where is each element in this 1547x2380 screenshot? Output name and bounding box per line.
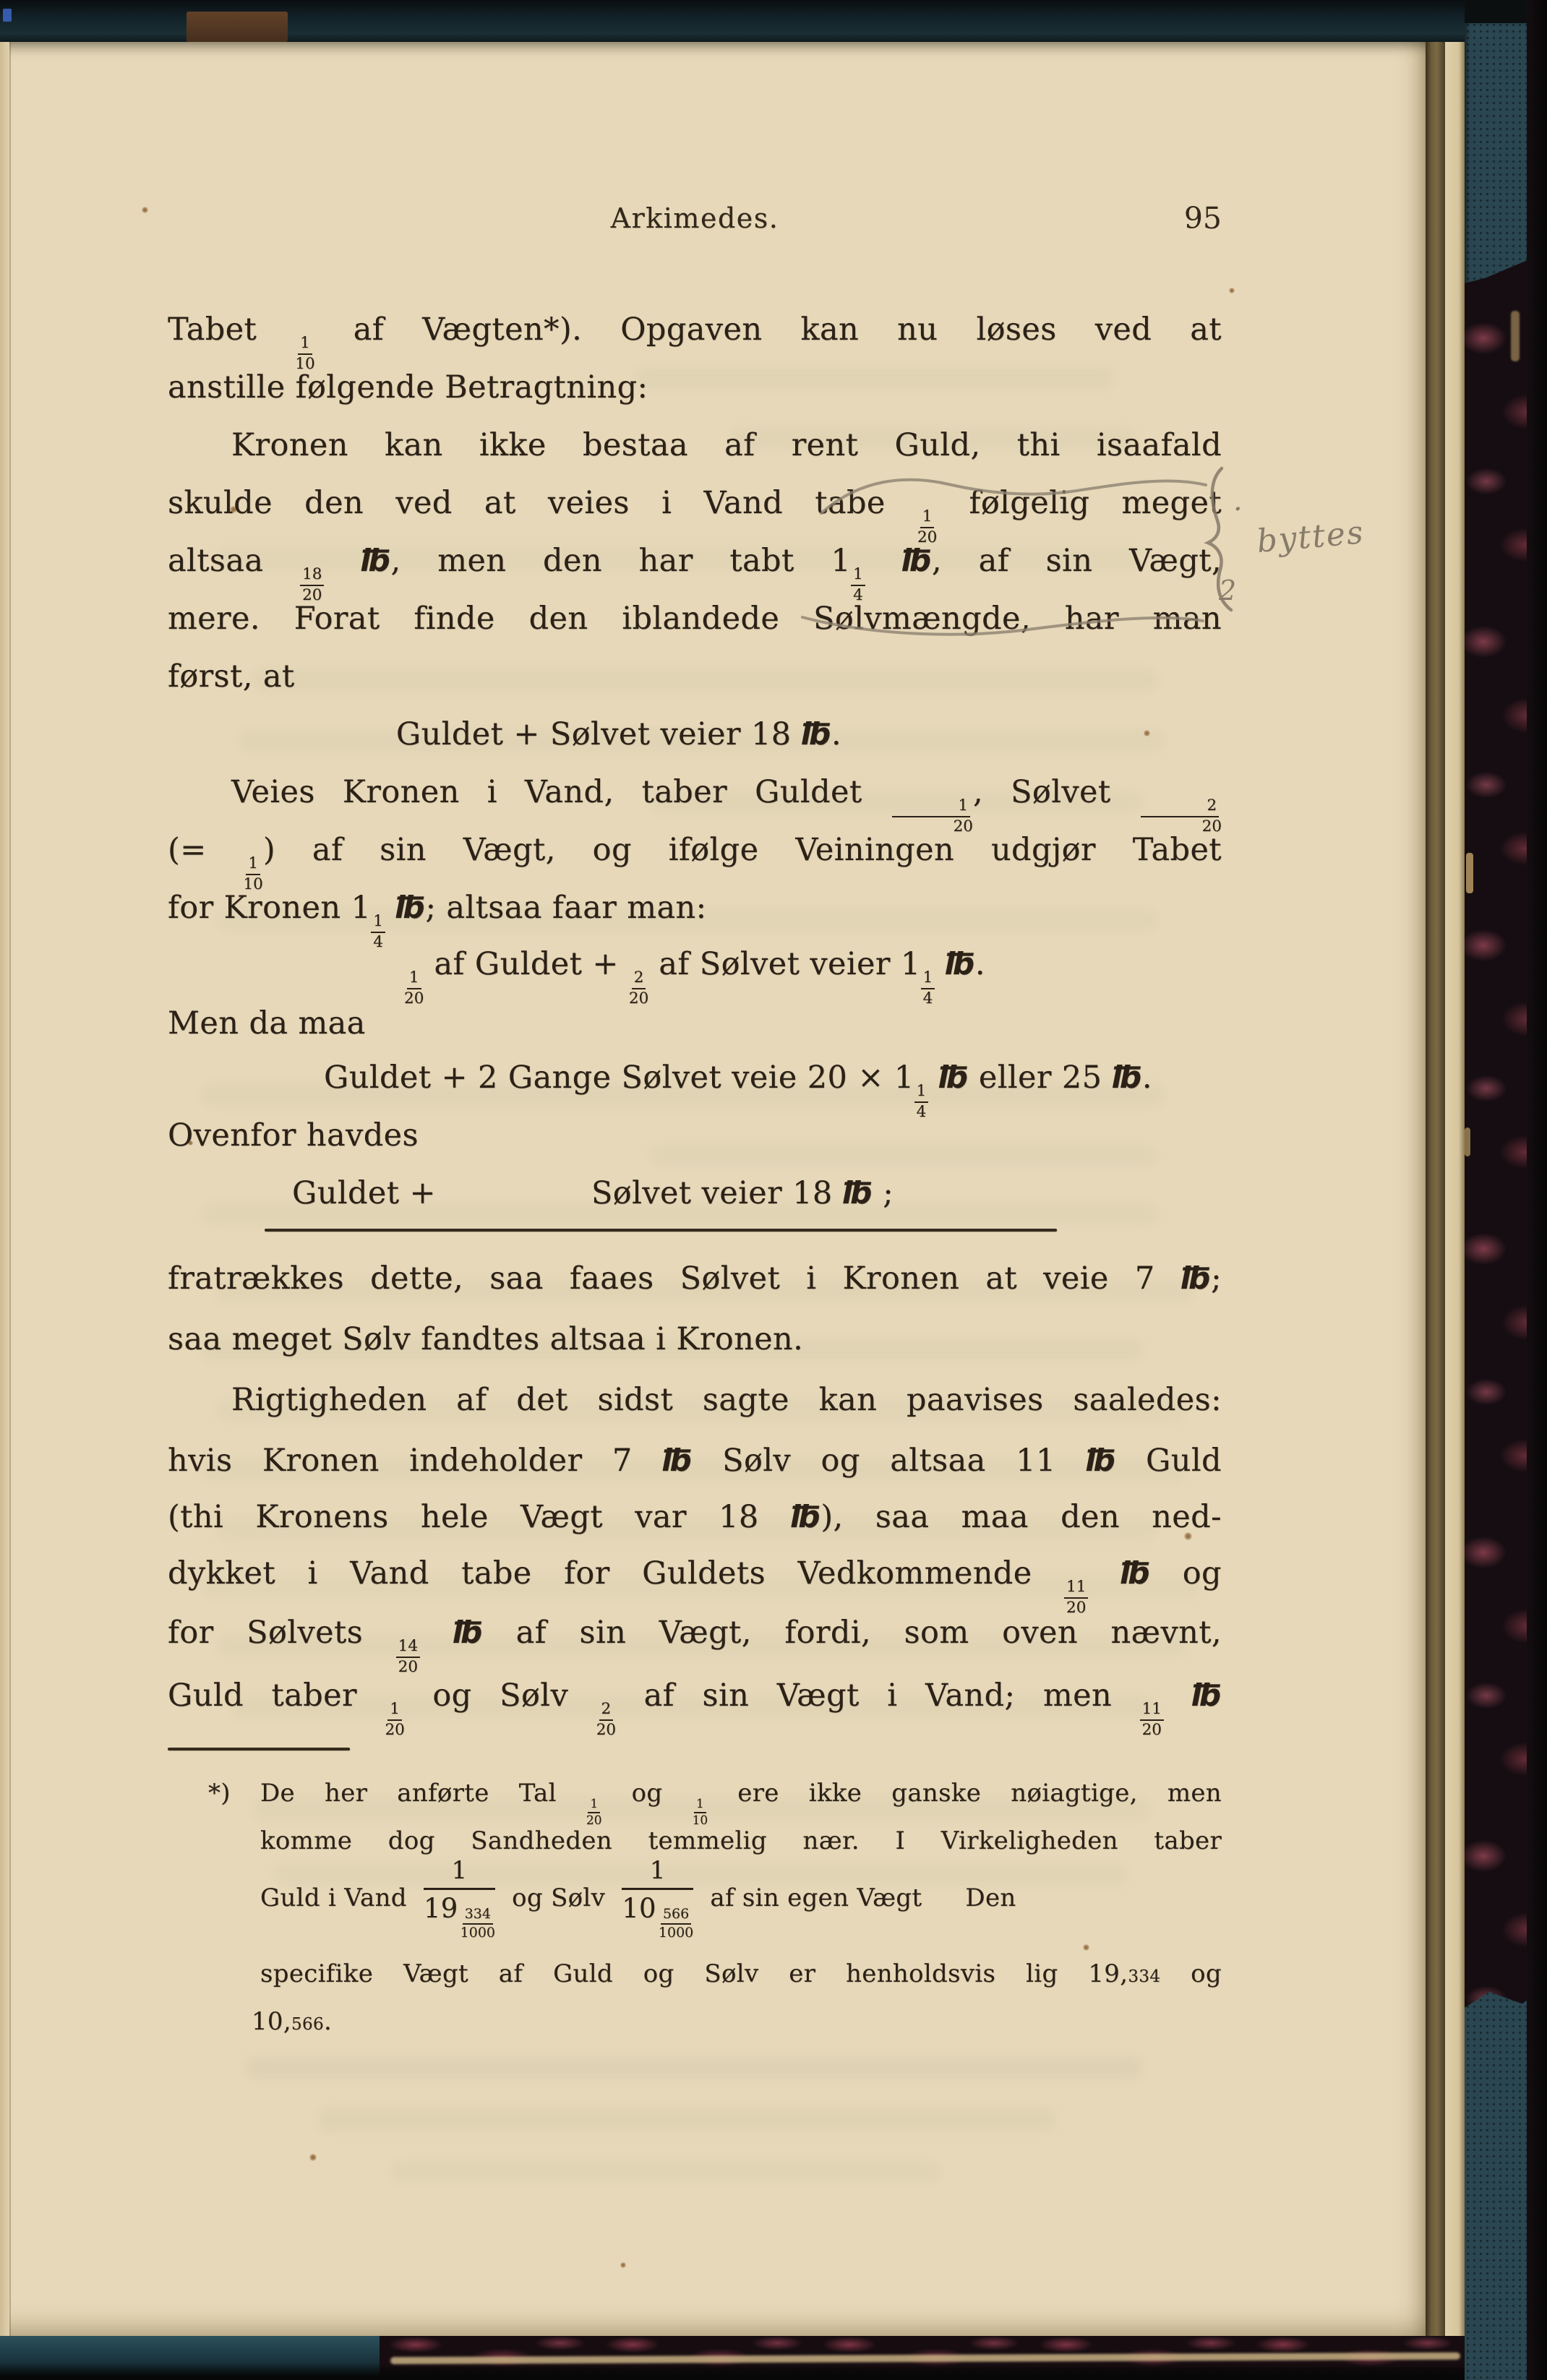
text-fragment: Guldet + <box>292 1175 436 1211</box>
text-fragment: og Sølv <box>405 1677 596 1714</box>
text-fragment <box>1088 1555 1120 1591</box>
pound-symbol: ℔ <box>945 946 974 981</box>
text-fragment: (= <box>168 832 244 868</box>
pound-symbol: ℔ <box>843 1175 873 1211</box>
text-fragment: (thi Kronens hele Vægt var 18 <box>168 1499 791 1535</box>
book-binding-top <box>0 0 1547 42</box>
stacked-fraction: 220 <box>596 1701 616 1738</box>
text-fragment: for Sølvets <box>168 1615 396 1651</box>
text-fragment: følgelig meget <box>937 485 1222 521</box>
stacked-fraction: 1120 <box>1140 1701 1164 1738</box>
nested-fraction: 3341000 <box>460 1907 495 1941</box>
text-fragment: af sin egen Vægt <box>702 1883 922 1912</box>
pencil-handwriting: byttes <box>1256 514 1366 560</box>
text-fragment: Men da maa <box>168 1005 366 1041</box>
pound-symbol: ℔ <box>901 543 931 578</box>
text-fragment <box>928 1060 938 1096</box>
denominator-integer: 19 <box>424 1895 458 1922</box>
text-fragment: af sin Vægt i Vand; men <box>616 1677 1140 1714</box>
fraction-numerator: 11 <box>1064 1579 1088 1599</box>
footnote-line: Guld i Vand 1193341000 og Sølv 110566100… <box>208 1847 1222 1949</box>
text-line: (thi Kronens hele Vægt var 18 ℔), saa ma… <box>168 1486 1222 1548</box>
text-fragment: Guldet + Sølvet veier 18 <box>396 716 802 752</box>
text-fragment: af Guldet + <box>424 946 629 982</box>
pound-symbol: ℔ <box>662 1443 692 1478</box>
text-line: mere. Forat finde den iblandede Sølvmæng… <box>168 588 1222 650</box>
text-fragment: Kronen kan ikke bestaa af rent Guld, thi… <box>231 427 1222 463</box>
text-line: for Sølvets 1420 ℔ af sin Vægt, fordi, s… <box>168 1602 1222 1664</box>
show-through-smudge <box>246 2057 1142 2079</box>
pound-symbol: ℔ <box>395 890 425 925</box>
text-fragment: Guld <box>1116 1443 1222 1479</box>
footnote-line: specifike Vægt af Guld og Sølv er henhol… <box>208 1950 1222 1998</box>
fraction-numerator: 334 <box>463 1907 493 1925</box>
big-fraction: 1193341000 <box>424 1858 495 1941</box>
text-fragment: *) De her anførte Tal <box>208 1779 586 1808</box>
text-fragment: , Sølvet <box>973 774 1139 810</box>
big-fraction-numerator: 1 <box>650 1858 666 1888</box>
text-fragment: skulde den ved at veies i Vand tabe <box>168 485 917 521</box>
fraction-numerator: 1 <box>407 970 421 989</box>
text-fragment: Guldet + 2 Gange Sølvet veie 20 × 1 <box>324 1060 914 1096</box>
text-fragment: , af sin Vægt, <box>932 543 1222 579</box>
text-line: hvis Kronen indeholder 7 ℔ Sølv og altsa… <box>168 1430 1222 1492</box>
text-line: først, at <box>168 645 1222 708</box>
text-fragment: Veies Kronen i Vand, taber Guldet <box>231 774 890 810</box>
text-fragment: af Sølvet veier 1 <box>648 946 920 982</box>
text-line: Kronen kan ikke bestaa af rent Guld, thi… <box>168 414 1222 476</box>
foxing-spot <box>1229 288 1235 293</box>
text-fragment: og <box>1150 1555 1222 1591</box>
equation-line: Guldet +Sølvet veier 18 ℔ ; <box>168 1162 1222 1224</box>
text-fragment: . <box>1142 1060 1152 1096</box>
binding-bottom-fade <box>0 2363 1465 2380</box>
footnote-rule <box>168 1748 350 1750</box>
fraction-numerator: 2 <box>632 970 646 989</box>
text-fragment: 10, <box>252 2007 291 2036</box>
book-photo: Arkimedes. 95 Tabet 110 af Vægten*). Opg… <box>0 0 1547 2380</box>
book-binding-bottom <box>0 2336 1465 2380</box>
fraction-numerator: 11 <box>1140 1701 1164 1721</box>
fraction-denominator: 20 <box>596 1721 616 1739</box>
text-fragment: , men den har tabt 1 <box>391 543 852 579</box>
pound-symbol: ℔ <box>938 1060 968 1095</box>
text-fragment: og <box>1160 1959 1222 1988</box>
small-decimal-digits: 334 <box>1128 1967 1160 1986</box>
text-line: for Kronen 114 ℔; altsaa faar man: <box>168 877 1222 939</box>
cover-wear-chip <box>1466 853 1473 893</box>
text-fragment: ; <box>1211 1260 1222 1297</box>
big-fraction-denominator: 193341000 <box>424 1888 495 1941</box>
text-line: Guld taber 120 og Sølv 220 af sin Vægt i… <box>168 1664 1222 1727</box>
small-decimal-digits: 566 <box>291 2015 324 2034</box>
text-fragment: . <box>831 716 841 752</box>
denominator-integer: 10 <box>622 1895 656 1922</box>
equation-line: Guldet + 2 Gange Sølvet veie 20 × 114 ℔ … <box>168 1047 1222 1109</box>
fraction-numerator: 14 <box>396 1638 420 1658</box>
fraction-numerator: 1 <box>892 798 970 817</box>
pound-symbol: ℔ <box>453 1615 483 1650</box>
footnote-line: 10,566. <box>208 1998 1222 2045</box>
text-fragment: ), saa maa den ned- <box>820 1499 1222 1535</box>
text-fragment: saa meget Sølv fandtes altsaa i Kronen. <box>168 1321 803 1357</box>
fraction-numerator: 1 <box>371 914 385 933</box>
fraction-denominator: 20 <box>1142 1721 1162 1739</box>
text-fragment: ) af sin Vægt, og ifølge Veiningen udgjø… <box>263 832 1222 868</box>
fraction-numerator: 2 <box>1141 798 1219 817</box>
text-fragment: dykket i Vand tabe for Guldets Vedkommen… <box>168 1555 1064 1591</box>
text-fragment: Sølv og altsaa 11 <box>693 1443 1087 1479</box>
pound-symbol: ℔ <box>1120 1555 1150 1591</box>
text-line: altsaa 1820 ℔, men den har tabt 114 ℔, a… <box>168 530 1222 592</box>
pound-symbol: ℔ <box>1112 1060 1141 1095</box>
text-line: anstille følgende Betragtning: <box>168 356 1222 418</box>
text-fragment: specifike Vægt af Guld og Sølv er henhol… <box>260 1959 1128 1988</box>
text-line: Men da maa <box>168 992 1222 1054</box>
binding-blue-mark <box>3 9 12 22</box>
text-line: (= 110) af sin Vægt, og ifølge Veiningen… <box>168 819 1222 881</box>
text-fragment: Tabet <box>168 312 295 348</box>
page-stack-edge-olive <box>1426 42 1445 2336</box>
text-line: Tabet 110 af Vægten*). Opgaven kan nu lø… <box>168 298 1222 361</box>
book-cover-right-marbled <box>1465 0 1547 2380</box>
text-line: Ovenfor havdes <box>168 1104 1222 1167</box>
fraction-denominator: 20 <box>385 1721 404 1739</box>
text-fragment: Guld i Vand <box>260 1883 415 1912</box>
fraction-numerator: 1 <box>387 1701 402 1721</box>
text-fragment <box>1164 1677 1192 1714</box>
fraction-numerator: 1 <box>851 567 865 586</box>
equation-line: Guldet + Sølvet veier 18 ℔. <box>168 703 1222 765</box>
text-fragment: fratrækkes dette, saa faaes Sølvet i Kro… <box>168 1260 1181 1297</box>
text-fragment: Sølvet veier 18 <box>591 1175 843 1211</box>
page-number: 95 <box>1041 201 1222 240</box>
book-page: Arkimedes. 95 Tabet 110 af Vægten*). Opg… <box>0 42 1426 2336</box>
text-fragment: Guld taber <box>168 1677 385 1714</box>
pound-symbol: ℔ <box>1181 1260 1211 1296</box>
text-fragment: eller 25 <box>969 1060 1113 1096</box>
text-fragment: Den <box>965 1883 1016 1912</box>
text-fragment <box>935 946 945 982</box>
text-fragment: for Kronen 1 <box>168 890 371 926</box>
pound-symbol: ℔ <box>1086 1443 1115 1478</box>
text-fragment: hvis Kronen indeholder 7 <box>168 1443 662 1479</box>
fraction-numerator: 2 <box>599 1701 614 1721</box>
foxing-spot <box>620 2262 626 2268</box>
foxing-spot <box>309 2154 317 2161</box>
text-fragment: altsaa <box>168 543 300 579</box>
big-fraction-numerator: 1 <box>452 1858 468 1888</box>
big-fraction-denominator: 105661000 <box>622 1888 693 1941</box>
foxing-spot <box>142 207 148 213</box>
equation-rule <box>265 1229 1057 1232</box>
photo-edge-black <box>1527 0 1547 2380</box>
text-line: Rigtigheden af det sidst sagte kan paavi… <box>168 1369 1222 1431</box>
fraction-numerator: 1 <box>588 1798 600 1814</box>
fraction-denominator: 1000 <box>460 1925 495 1941</box>
text-fragment: mere. Forat finde den iblandede Sølvmæng… <box>168 601 1222 637</box>
footnote-line: *) De her anførte Tal 120 og 110 ere ikk… <box>208 1769 1222 1817</box>
text-fragment: ; altsaa faar man: <box>425 890 706 926</box>
text-fragment: Ovenfor havdes <box>168 1117 419 1154</box>
text-fragment: af sin Vægt, fordi, som oven nævnt, <box>483 1615 1222 1651</box>
text-fragment: anstille følgende Betragtning: <box>168 369 648 405</box>
binding-wear-patch <box>187 12 288 42</box>
cover-wear-chip <box>1511 311 1520 361</box>
show-through-smudge <box>390 2161 940 2183</box>
text-fragment <box>324 543 361 579</box>
text-fragment: ; <box>873 1175 894 1211</box>
pound-symbol: ℔ <box>361 543 390 578</box>
text-fragment: ere ikke ganske nøiagtige, men <box>708 1779 1222 1808</box>
page-stack-edge-cream <box>1445 42 1465 2336</box>
text-fragment: . <box>324 2007 332 2036</box>
text-line: dykket i Vand tabe for Guldets Vedkommen… <box>168 1542 1222 1604</box>
cover-wear-chip <box>1465 1127 1470 1156</box>
text-fragment: og <box>602 1779 693 1808</box>
fraction-numerator: 1 <box>914 1083 929 1103</box>
text-fragment: og Sølv <box>504 1883 613 1912</box>
text-fragment <box>865 543 902 579</box>
pound-symbol: ℔ <box>791 1499 820 1534</box>
big-fraction: 1105661000 <box>622 1858 693 1941</box>
fraction-denominator: 1000 <box>659 1925 693 1941</box>
fraction-numerator: 1 <box>694 1798 706 1814</box>
nested-fraction: 5661000 <box>659 1907 693 1941</box>
equation-line: 120 af Guldet + 220 af Sølvet veier 114 … <box>168 933 1222 995</box>
text-fragment <box>385 890 395 926</box>
text-fragment: først, at <box>168 658 295 695</box>
text-fragment <box>420 1615 453 1651</box>
text-line: Veies Kronen i Vand, taber Guldet 120, S… <box>168 761 1222 823</box>
text-fragment: af Vægten*). Opgaven kan nu løses ved at <box>315 312 1222 348</box>
text-line: skulde den ved at veies i Vand tabe 120 … <box>168 472 1222 534</box>
text-fragment: . <box>975 946 985 982</box>
pound-symbol: ℔ <box>802 716 831 752</box>
show-through-smudge <box>318 2109 1055 2131</box>
pound-symbol: ℔ <box>1192 1677 1222 1713</box>
fraction-numerator: 566 <box>661 1907 691 1925</box>
text-fragment: Rigtigheden af det sidst sagte kan paavi… <box>231 1382 1222 1418</box>
fraction-numerator: 18 <box>300 567 324 586</box>
fraction-numerator: 1 <box>246 856 260 875</box>
fraction-numerator: 1 <box>298 335 312 355</box>
stacked-fraction: 120 <box>385 1701 404 1738</box>
text-line: saa meget Sølv fandtes altsaa i Kronen. <box>168 1308 1222 1370</box>
pencil-mark-top: · <box>1233 493 1243 526</box>
fraction-numerator: 1 <box>921 970 935 989</box>
text-line: fratrækkes dette, saa faaes Sølvet i Kro… <box>168 1247 1222 1310</box>
fraction-numerator: 1 <box>920 509 935 528</box>
